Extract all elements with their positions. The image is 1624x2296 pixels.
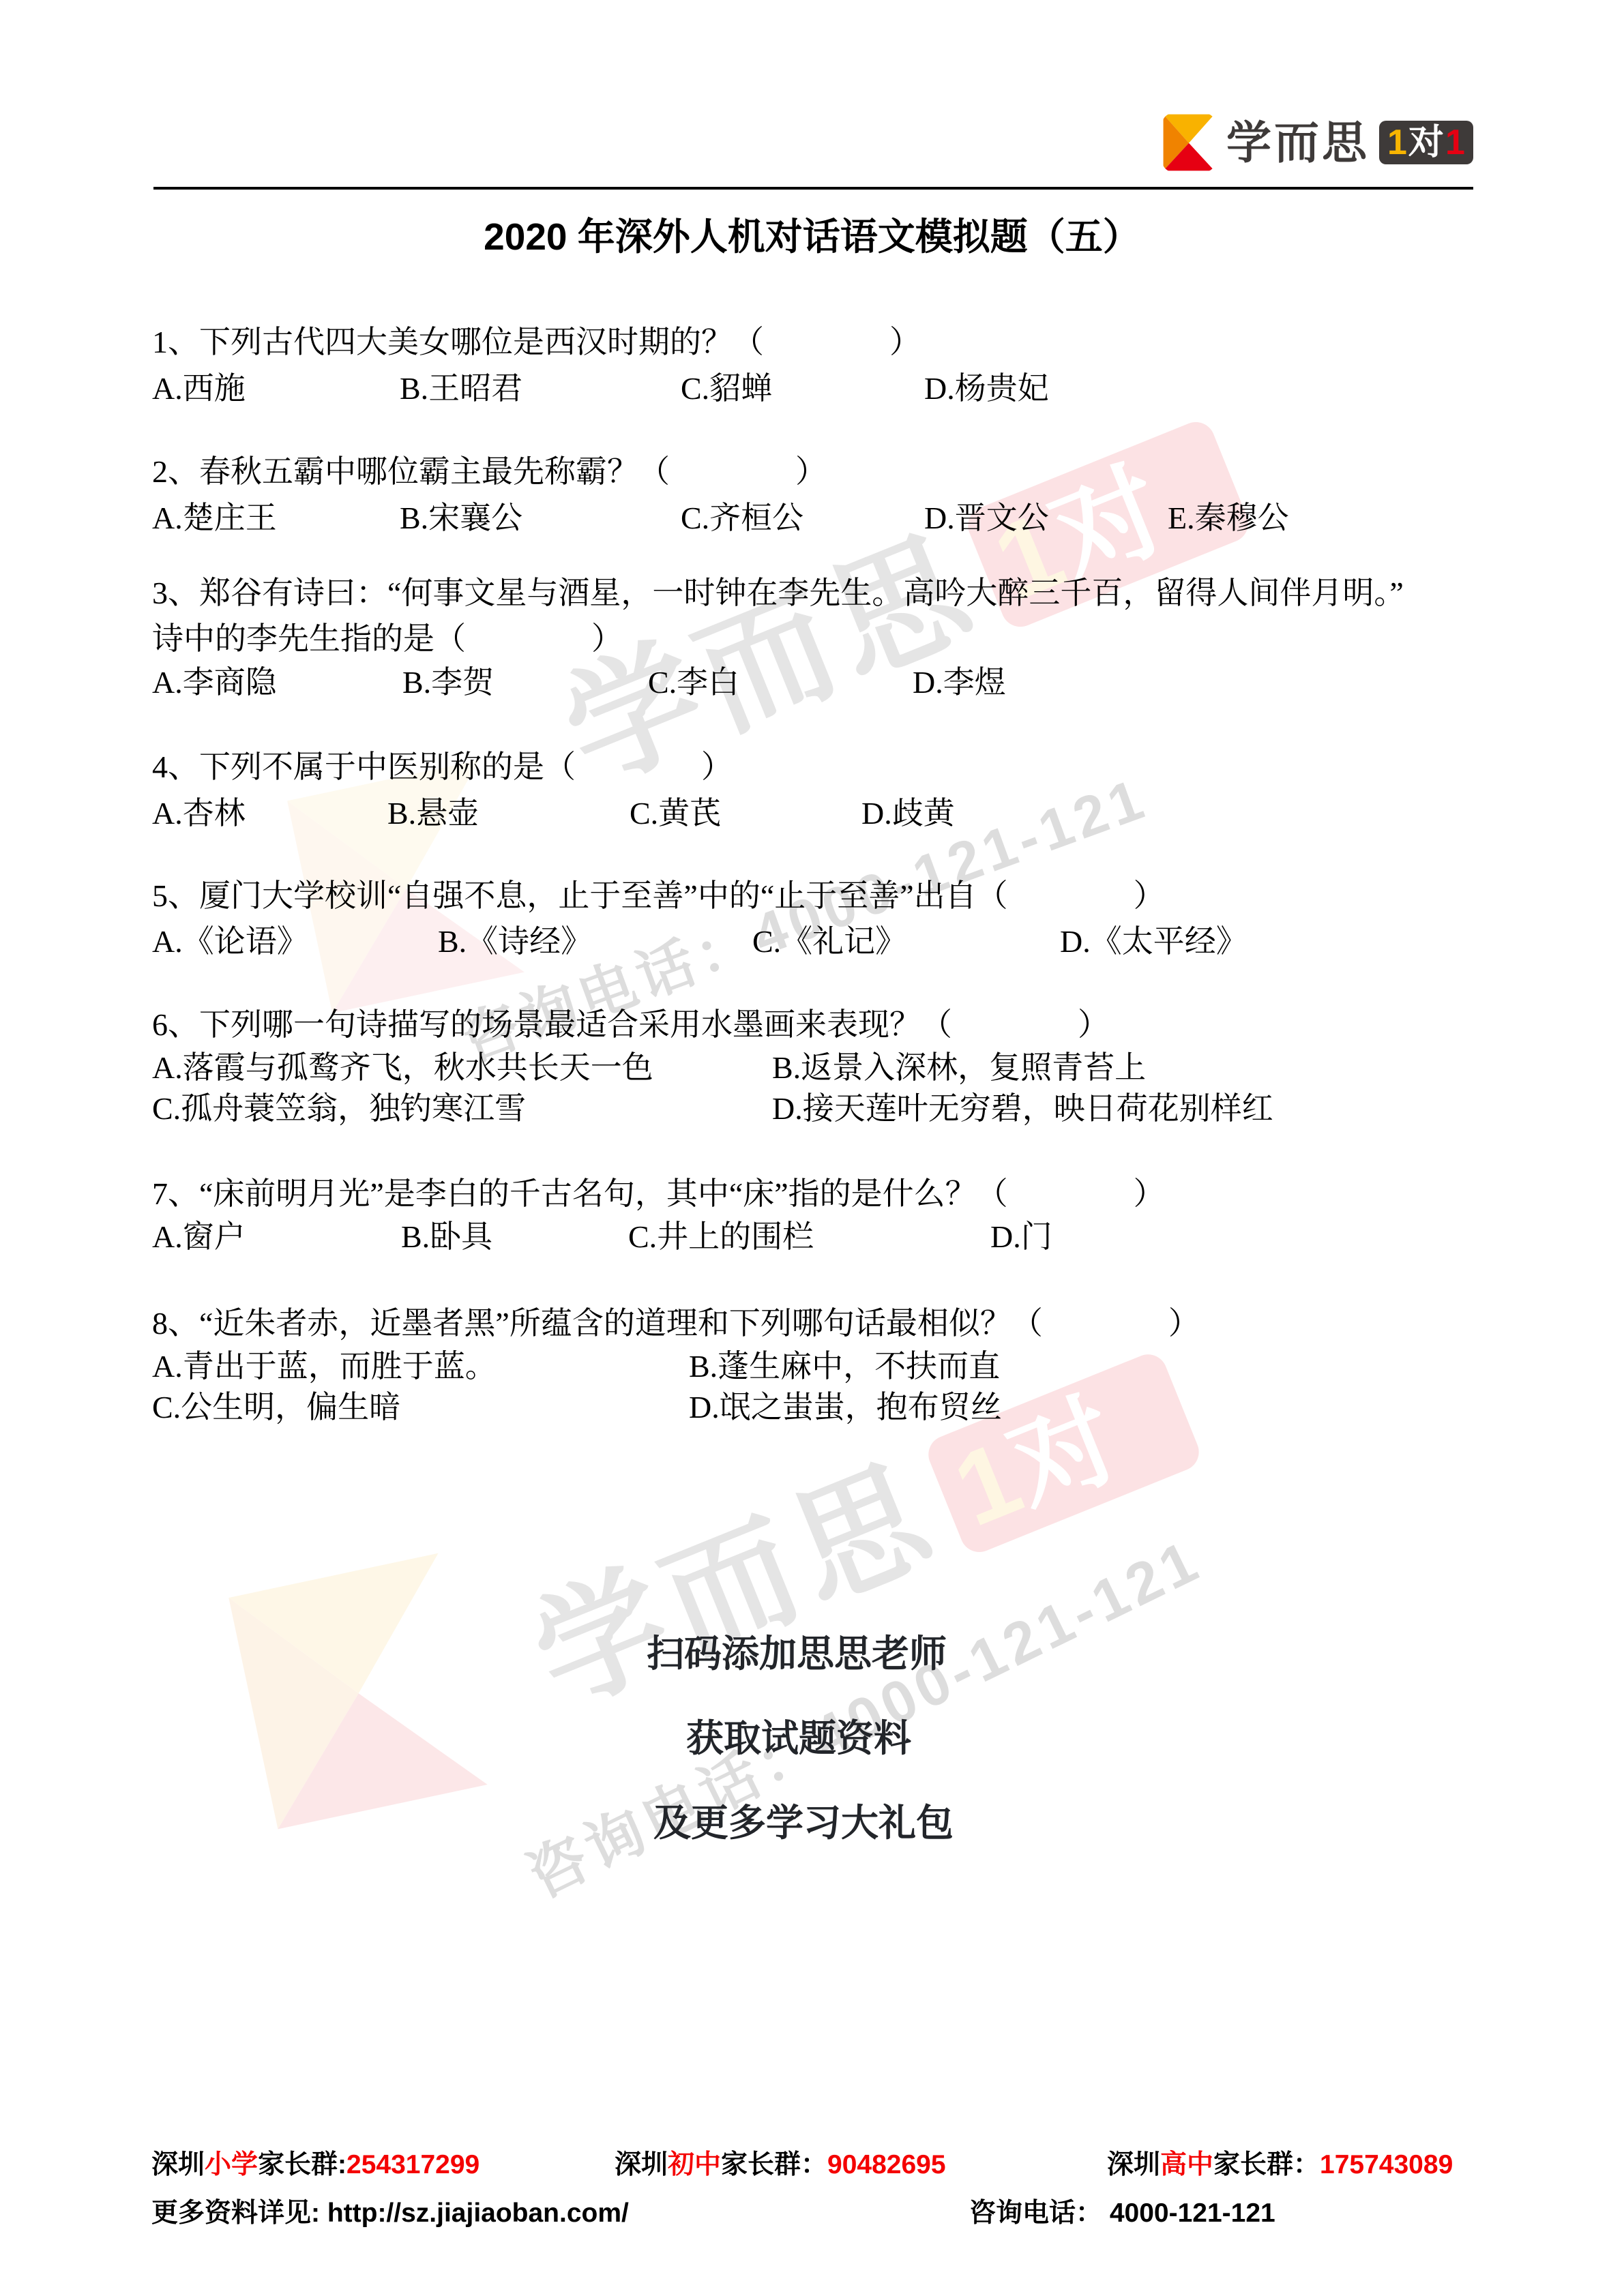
question-text: 5、厦门大学校训“自强不息，止于至善”中的“止于至善”出自（ ） (152, 880, 1165, 912)
footer-plain-text: 深圳 (615, 2150, 668, 2179)
brand-badge: 1 对 1 (1379, 121, 1473, 164)
option-text: A.李商隐 (152, 666, 277, 699)
footer-highlight-text: 高中 (1160, 2150, 1213, 2179)
option-text: E.秦穆公 (1168, 502, 1289, 535)
header-divider (153, 187, 1473, 190)
exam-page: 学而思 1 对 1 咨询电话：4000-121-121 学而思 1 对 1 咨询… (0, 0, 1624, 2296)
option-text: A.窗户 (152, 1221, 246, 1253)
option-text: B.宋襄公 (400, 502, 522, 535)
option-text: D.李煜 (913, 666, 1006, 699)
option-text: C.李白 (648, 666, 739, 699)
option-text: C.《礼记》 (752, 925, 906, 958)
question-text: 4、下列不属于中医别称的是（ ） (152, 751, 733, 784)
option-text: D.门 (990, 1221, 1052, 1253)
option-text: B.李贺 (402, 666, 494, 699)
option-text: C.井上的围栏 (628, 1221, 814, 1253)
question-text: 6、下列哪一句诗描写的场景最适合采用水墨画来表现？（ ） (152, 1009, 1109, 1041)
promo-line: 获取试题资料 (686, 1720, 911, 1757)
option-text: D.杨贵妃 (924, 372, 1049, 405)
option-text: D.《太平经》 (1060, 925, 1247, 958)
brand-badge-1: 1 (1387, 125, 1407, 160)
option-text: C.黄芪 (630, 797, 721, 830)
footer-highlight-text: 初中 (668, 2150, 721, 2179)
option-text: B.卧具 (401, 1221, 492, 1253)
option-text: B.悬壶 (387, 797, 479, 830)
option-text: B.王昭君 (400, 372, 522, 405)
option-text: A.《论语》 (152, 925, 308, 958)
option-text: D.接天莲叶无穷碧，映日荷花别样红 (772, 1092, 1273, 1125)
footer-plain-text: 深圳 (1107, 2150, 1160, 2179)
footer-text: 深圳小学家长群:254317299 (151, 2151, 479, 2178)
option-text: B.返景入深林，复照青苔上 (772, 1052, 1146, 1084)
question-text: 诗中的李先生指的是（ ） (152, 623, 623, 655)
option-text: A.青出于蓝，而胜于蓝。 (152, 1350, 497, 1383)
option-text: A.西施 (152, 372, 246, 405)
footer-highlight-text: 175743089 (1320, 2150, 1453, 2179)
footer-plain-text: 深圳 (151, 2150, 205, 2179)
option-text: C.貂蝉 (681, 372, 772, 405)
footer-highlight-text: 小学 (205, 2150, 258, 2179)
page-content: 学而思 1 对 1 2020 年深外人机对话语文模拟题（五） 1、下列古代四大美… (0, 0, 1624, 2296)
footer-highlight-text: 90482695 (827, 2150, 946, 2179)
option-text: A.楚庄王 (152, 502, 277, 535)
page-title: 2020 年深外人机对话语文模拟题（五） (0, 218, 1624, 256)
option-text: C.公生明，偏生暗 (152, 1391, 400, 1424)
option-text: A.杏林 (152, 797, 246, 830)
option-text: D.歧黄 (861, 797, 955, 830)
option-text: C.齐桓公 (681, 502, 803, 535)
footer-highlight-text: 254317299 (346, 2150, 479, 2179)
option-text: B.蓬生麻中，不扶而直 (689, 1350, 1000, 1383)
question-text: 2、春秋五霸中哪位霸主最先称霸？（ ） (152, 456, 827, 488)
footer-plain-text: 家长群: (258, 2150, 346, 2179)
question-text: 8、“近朱者赤，近墨者黑”所蕴含的道理和下列哪句话最相似？（ ） (152, 1307, 1200, 1340)
option-text: D.晋文公 (924, 502, 1049, 535)
brand-badge-dui: 对 (1407, 125, 1445, 160)
footer-text: 更多资料详见: http://sz.jiajiaoban.com/ (151, 2200, 629, 2226)
footer-text: 深圳初中家长群：90482695 (615, 2151, 946, 2178)
brand-badge-2: 1 (1445, 125, 1465, 160)
brand-name: 学而思 (1226, 120, 1370, 165)
option-text: B.《诗经》 (438, 925, 592, 958)
footer-plain-text: 家长群： (721, 2150, 827, 2179)
footer-text: 深圳高中家长群：175743089 (1107, 2151, 1453, 2178)
promo-line: 扫码添加思思老师 (647, 1635, 947, 1673)
footer-plain-text: 家长群： (1213, 2150, 1320, 2179)
question-text: 3、郑谷有诗曰：“何事文星与酒星，一时钟在李先生。高吟大醉三千百，留得人间伴月明… (152, 577, 1404, 610)
footer-plain-text: 咨询电话： 4000-121-121 (969, 2198, 1275, 2228)
question-text: 1、下列古代四大美女哪位是西汉时期的？（ ） (152, 326, 921, 359)
brand-x-icon (1162, 113, 1215, 172)
promo-line: 及更多学习大礼包 (653, 1804, 954, 1842)
brand-logo: 学而思 1 对 1 (1162, 113, 1473, 172)
footer-text: 咨询电话： 4000-121-121 (969, 2200, 1275, 2226)
question-text: 7、“床前明月光”是李白的千古名句，其中“床”指的是什么？（ ） (152, 1178, 1165, 1210)
footer-plain-text: 更多资料详见: http://sz.jiajiaoban.com/ (151, 2198, 629, 2228)
option-text: C.孤舟蓑笠翁，独钓寒江雪 (152, 1092, 526, 1125)
option-text: D.氓之蚩蚩，抱布贸丝 (689, 1391, 1002, 1424)
option-text: A.落霞与孤鹜齐飞，秋水共长天一色 (152, 1052, 653, 1084)
